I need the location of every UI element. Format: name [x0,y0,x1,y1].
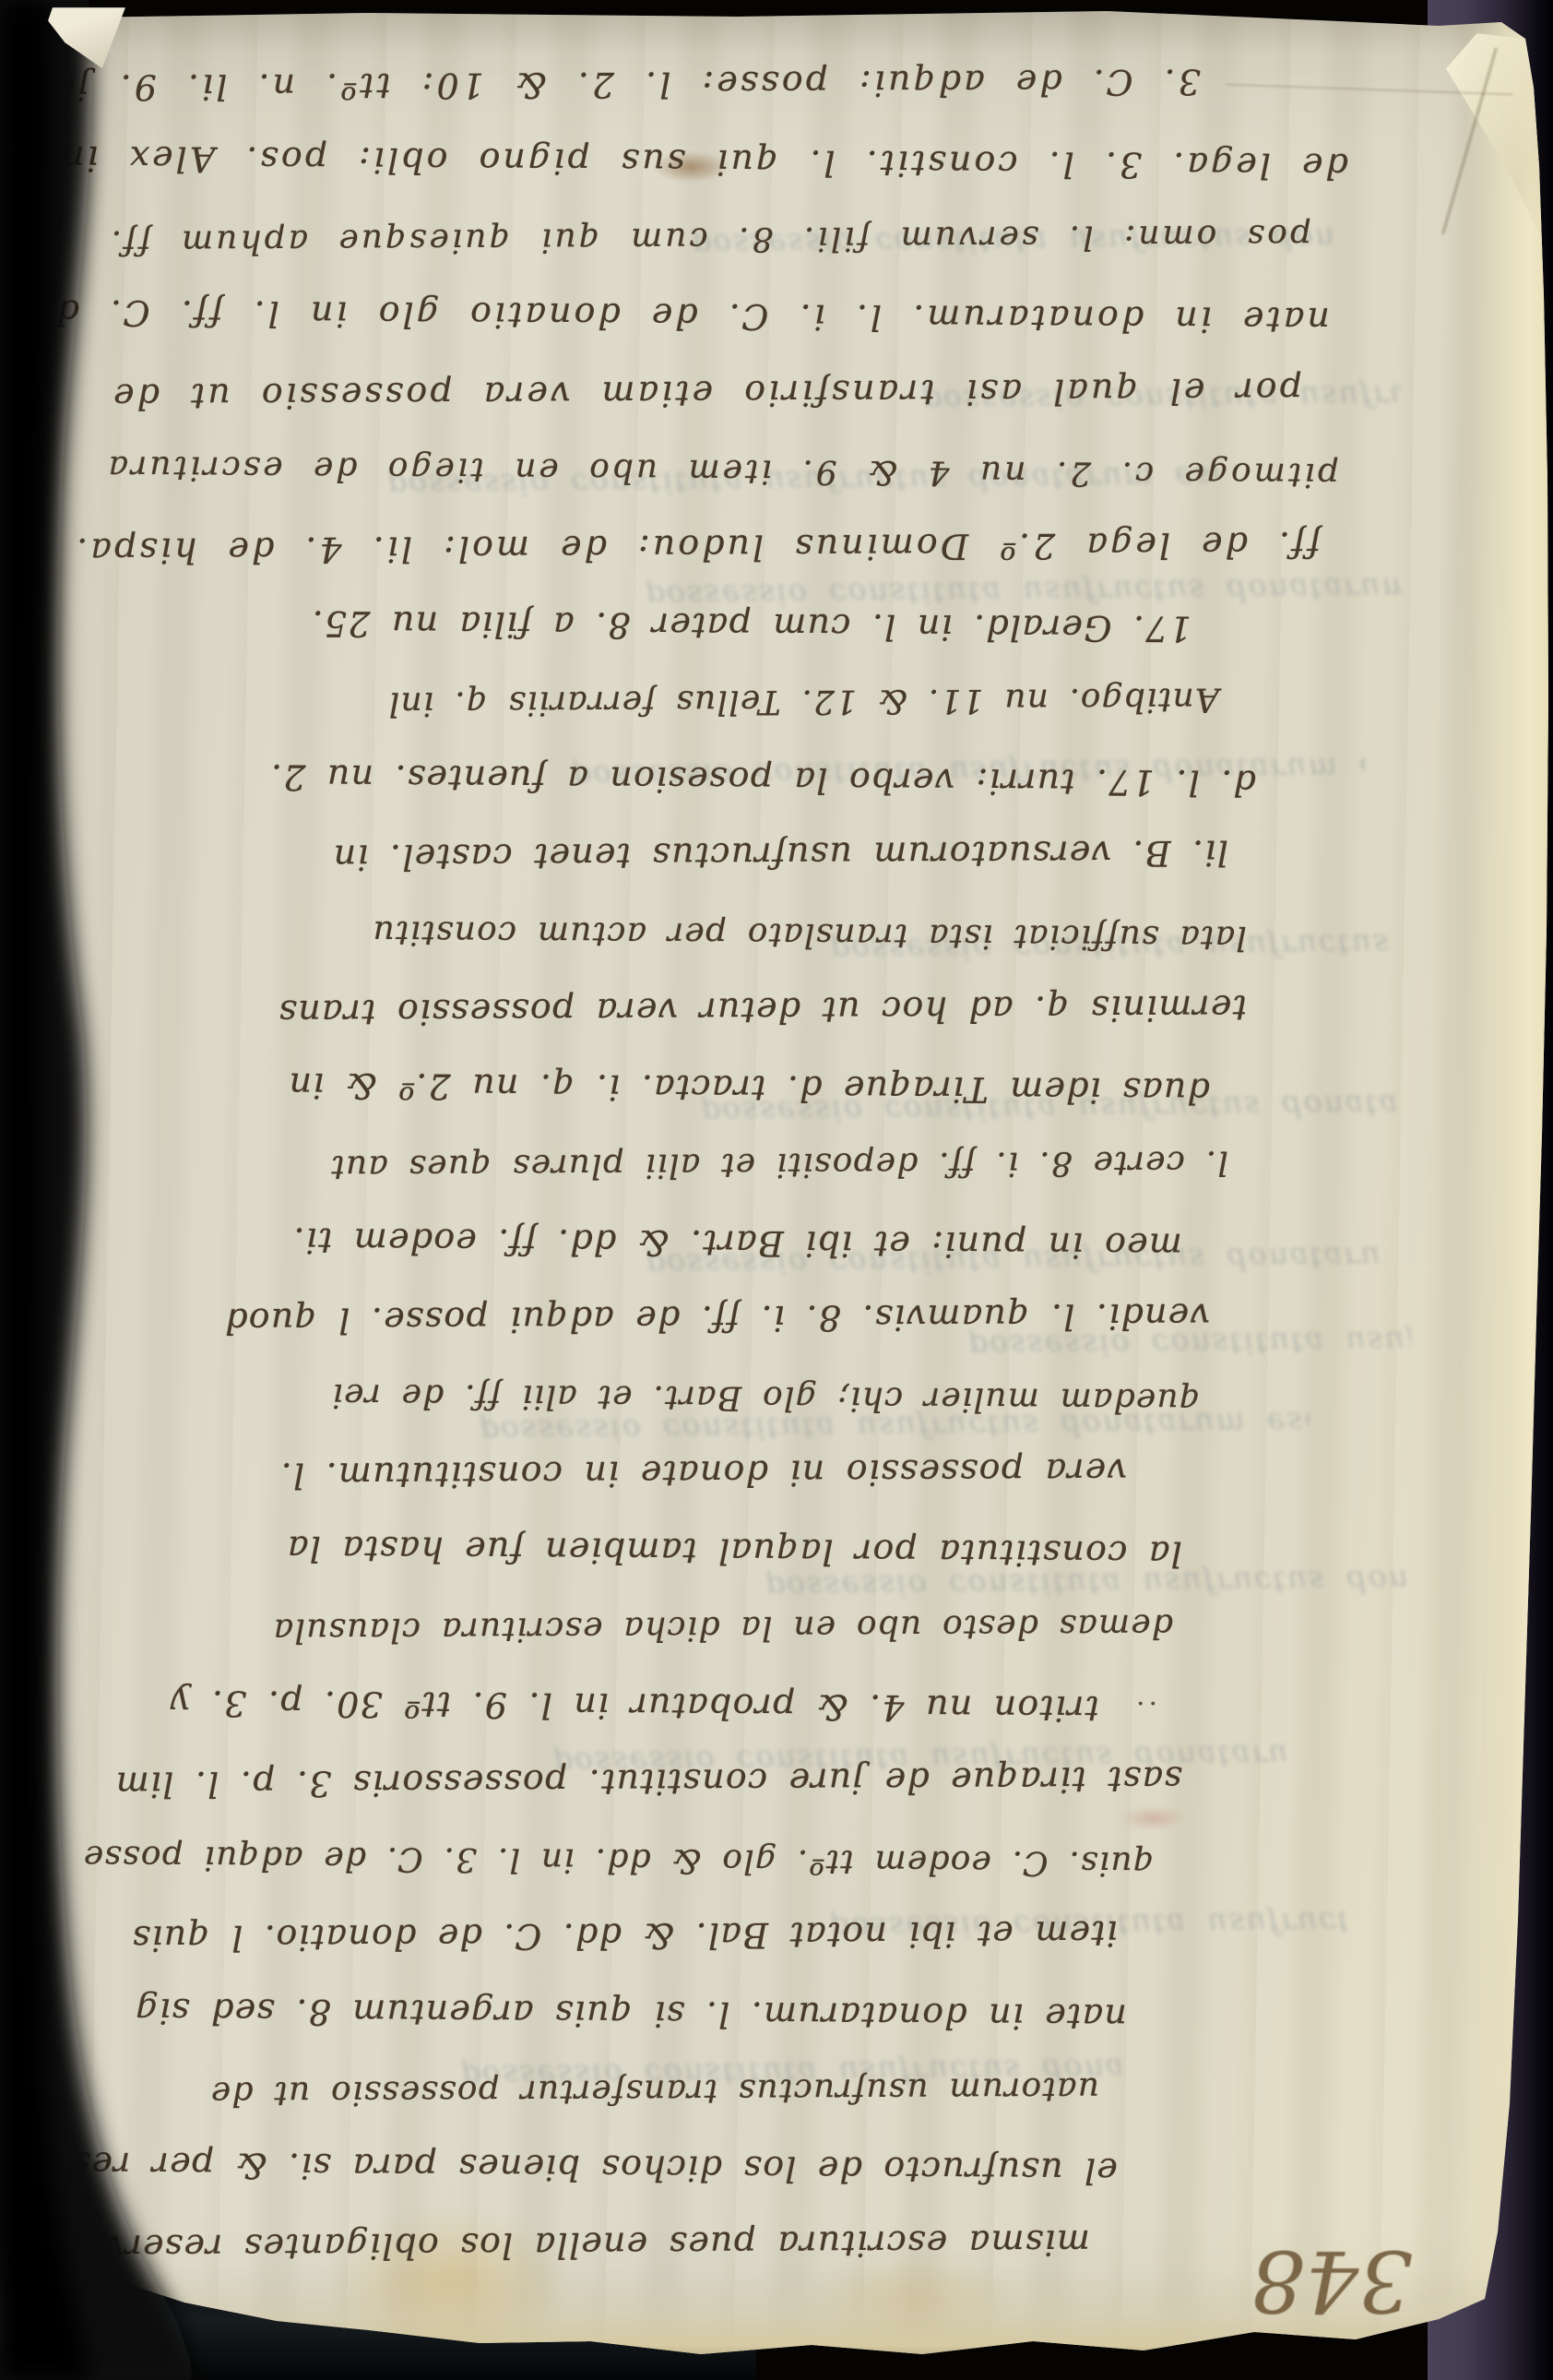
folio-number: 348 [1247,2207,1413,2345]
ink-dots-margin-mark: ·· [1136,1688,1161,1720]
scanned-manuscript-page: possessio constituta usufructus donataru… [0,0,1553,2380]
spine-shadow [0,0,277,2380]
